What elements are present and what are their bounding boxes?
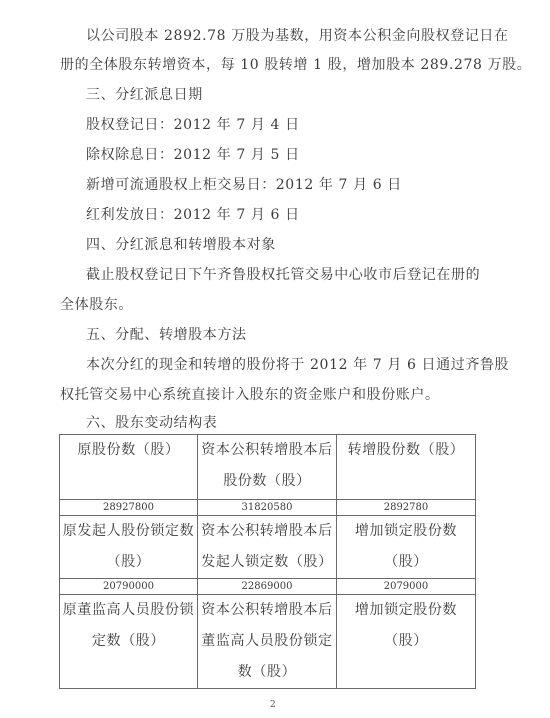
table-cell: 28927800	[60, 500, 198, 516]
table-row: 原股份数（股） 资本公积转增股本后股份数（股） 转增股份数（股）	[60, 435, 476, 500]
table-cell: 2892780	[337, 500, 476, 516]
shareholder-structure-table: 原股份数（股） 资本公积转增股本后股份数（股） 转增股份数（股） 2892780…	[59, 434, 476, 689]
section-heading-shareholder-structure: 六、股东变动结构表	[86, 414, 217, 432]
paragraph-method-line2: 权托管交易中心系统直接计入股东的资金账户和股份账户。	[60, 386, 440, 404]
table-cell: 2079000	[337, 579, 476, 595]
table-cell: 原董监高人员股份锁定数（股）	[60, 595, 198, 689]
table-row: 20790000 22869000 2079000	[60, 579, 476, 595]
record-date: 股权登记日：2012 年 7 月 4 日	[86, 116, 300, 134]
payment-date: 红利发放日：2012 年 7 月 6 日	[86, 206, 300, 224]
ex-dividend-date: 除权除息日：2012 年 7 月 5 日	[86, 146, 300, 164]
paragraph-method-line1: 本次分红的现金和转增的股份将于 2012 年 7 月 6 日通过齐鲁股	[86, 356, 509, 374]
table-row: 原发起人股份锁定数（股） 资本公积转增股本后发起人锁定数（股） 增加锁定股份数（…	[60, 516, 476, 579]
table-cell: 31820580	[198, 500, 337, 516]
table-cell: 资本公积转增股本后发起人锁定数（股）	[198, 516, 337, 579]
table-cell: 转增股份数（股）	[337, 435, 476, 500]
table-cell: 原发起人股份锁定数（股）	[60, 516, 198, 579]
table-cell: 原股份数（股）	[60, 435, 198, 500]
paragraph-capital-increase-line1: 以公司股本 2892.78 万股为基数，用资本公积金向股权登记日在	[86, 27, 509, 45]
paragraph-recipients-line1: 截止股权登记日下午齐鲁股权托管交易中心收市后登记在册的	[86, 266, 480, 284]
section-heading-distribution-method: 五、分配、转增股本方法	[86, 326, 247, 344]
listing-date: 新增可流通股权上柜交易日：2012 年 7 月 6 日	[86, 176, 402, 194]
section-heading-dividend-recipients: 四、分红派息和转增股本对象	[86, 236, 276, 254]
table-cell: 增加锁定股份数（股）	[337, 595, 476, 689]
section-heading-dividend-dates: 三、分红派息日期	[86, 86, 203, 104]
table-row: 28927800 31820580 2892780	[60, 500, 476, 516]
table-cell: 20790000	[60, 579, 198, 595]
table-cell: 资本公积转增股本后股份数（股）	[198, 435, 337, 500]
table-cell: 资本公积转增股本后董监高人员股份锁定数（股）	[198, 595, 337, 689]
table-row: 原董监高人员股份锁定数（股） 资本公积转增股本后董监高人员股份锁定数（股） 增加…	[60, 595, 476, 689]
page-number: 2	[270, 700, 276, 710]
table-cell: 22869000	[198, 579, 337, 595]
paragraph-capital-increase-line2: 册的全体股东转增资本，每 10 股转增 1 股，增加股本 289.278 万股。	[60, 56, 531, 74]
paragraph-recipients-line2: 全体股东。	[60, 296, 133, 314]
table-cell: 增加锁定股份数（股）	[337, 516, 476, 579]
